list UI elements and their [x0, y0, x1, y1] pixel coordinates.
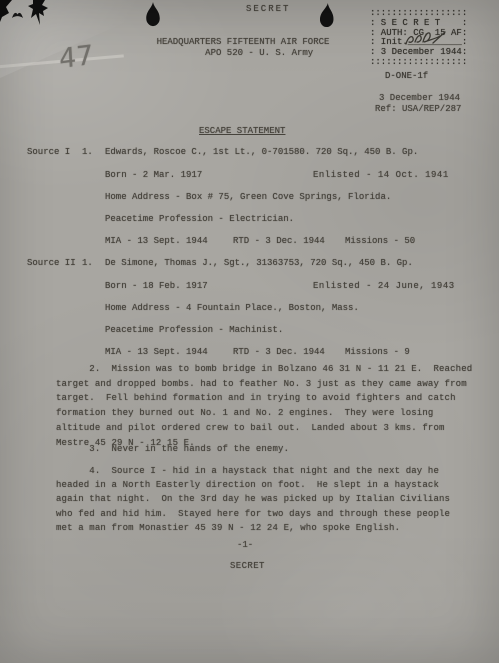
enlisted-field: Enlisted - 24 June, 1943: [313, 281, 455, 292]
file-reference-code: D-ONE-1f: [385, 71, 428, 82]
paragraph-mission: 2. Mission was to bomb bridge in Bolzano…: [56, 362, 472, 450]
rtd-field: RTD - 3 Dec. 1944: [233, 236, 325, 247]
handwritten-number: 47: [58, 40, 94, 75]
item-number: 1.: [82, 258, 93, 269]
ink-blot-left: [143, 1, 163, 28]
document-title: ESCAPE STATEMENT: [199, 126, 285, 137]
page-number: -1-: [237, 540, 253, 551]
ink-blot-right: [316, 1, 338, 29]
born-field: Born - 2 Mar. 1917: [105, 170, 202, 181]
home-address-field: Home Address - Box # 75, Green Cove Spri…: [105, 192, 391, 203]
classification-marking-top: SECRET: [246, 4, 290, 15]
home-address-field: Home Address - 4 Fountain Place., Boston…: [105, 303, 359, 314]
missions-field: Missions - 9: [345, 347, 410, 358]
classification-marking-bottom: SECRET: [230, 561, 265, 572]
init-signature: [404, 30, 454, 48]
profession-field: Peacetime Profession - Machinist.: [105, 325, 283, 336]
mia-field: MIA - 13 Sept. 1944: [105, 236, 208, 247]
ink-blot-top-left: [28, 0, 50, 25]
rtd-field: RTD - 3 Dec. 1944: [233, 347, 325, 358]
missions-field: Missions - 50: [345, 236, 415, 247]
document-reference: Ref: USA/REP/287: [375, 104, 461, 115]
source-label: Source I: [27, 147, 70, 158]
source-name-line: De Simone, Thomas J., Sgt., 31363753, 72…: [105, 258, 413, 269]
mia-field: MIA - 13 Sept. 1944: [105, 347, 208, 358]
source-label: Source II: [27, 258, 76, 269]
born-field: Born - 18 Feb. 1917: [105, 281, 208, 292]
profession-field: Peacetime Profession - Electrician.: [105, 214, 294, 225]
paragraph-enemy-hands: 3. Never in the hands of the enemy.: [56, 444, 289, 455]
document-date: 3 December 1944: [379, 93, 460, 104]
ink-mark-small: [12, 11, 23, 19]
headquarters-heading: HEADQUARTERS FIFTEENTH AIR FORCE APO 520…: [153, 37, 333, 59]
paragraph-evasion: 4. Source I - hid in a haystack that nig…: [56, 464, 450, 535]
document-page: SECRET HEADQUARTERS FIFTEENTH AIR FORCE …: [0, 0, 499, 663]
source-name-line: Edwards, Roscoe C., 1st Lt., 0-701580. 7…: [105, 147, 418, 158]
item-number: 1.: [82, 147, 93, 158]
enlisted-field: Enlisted - 14 Oct. 1941: [313, 170, 449, 181]
